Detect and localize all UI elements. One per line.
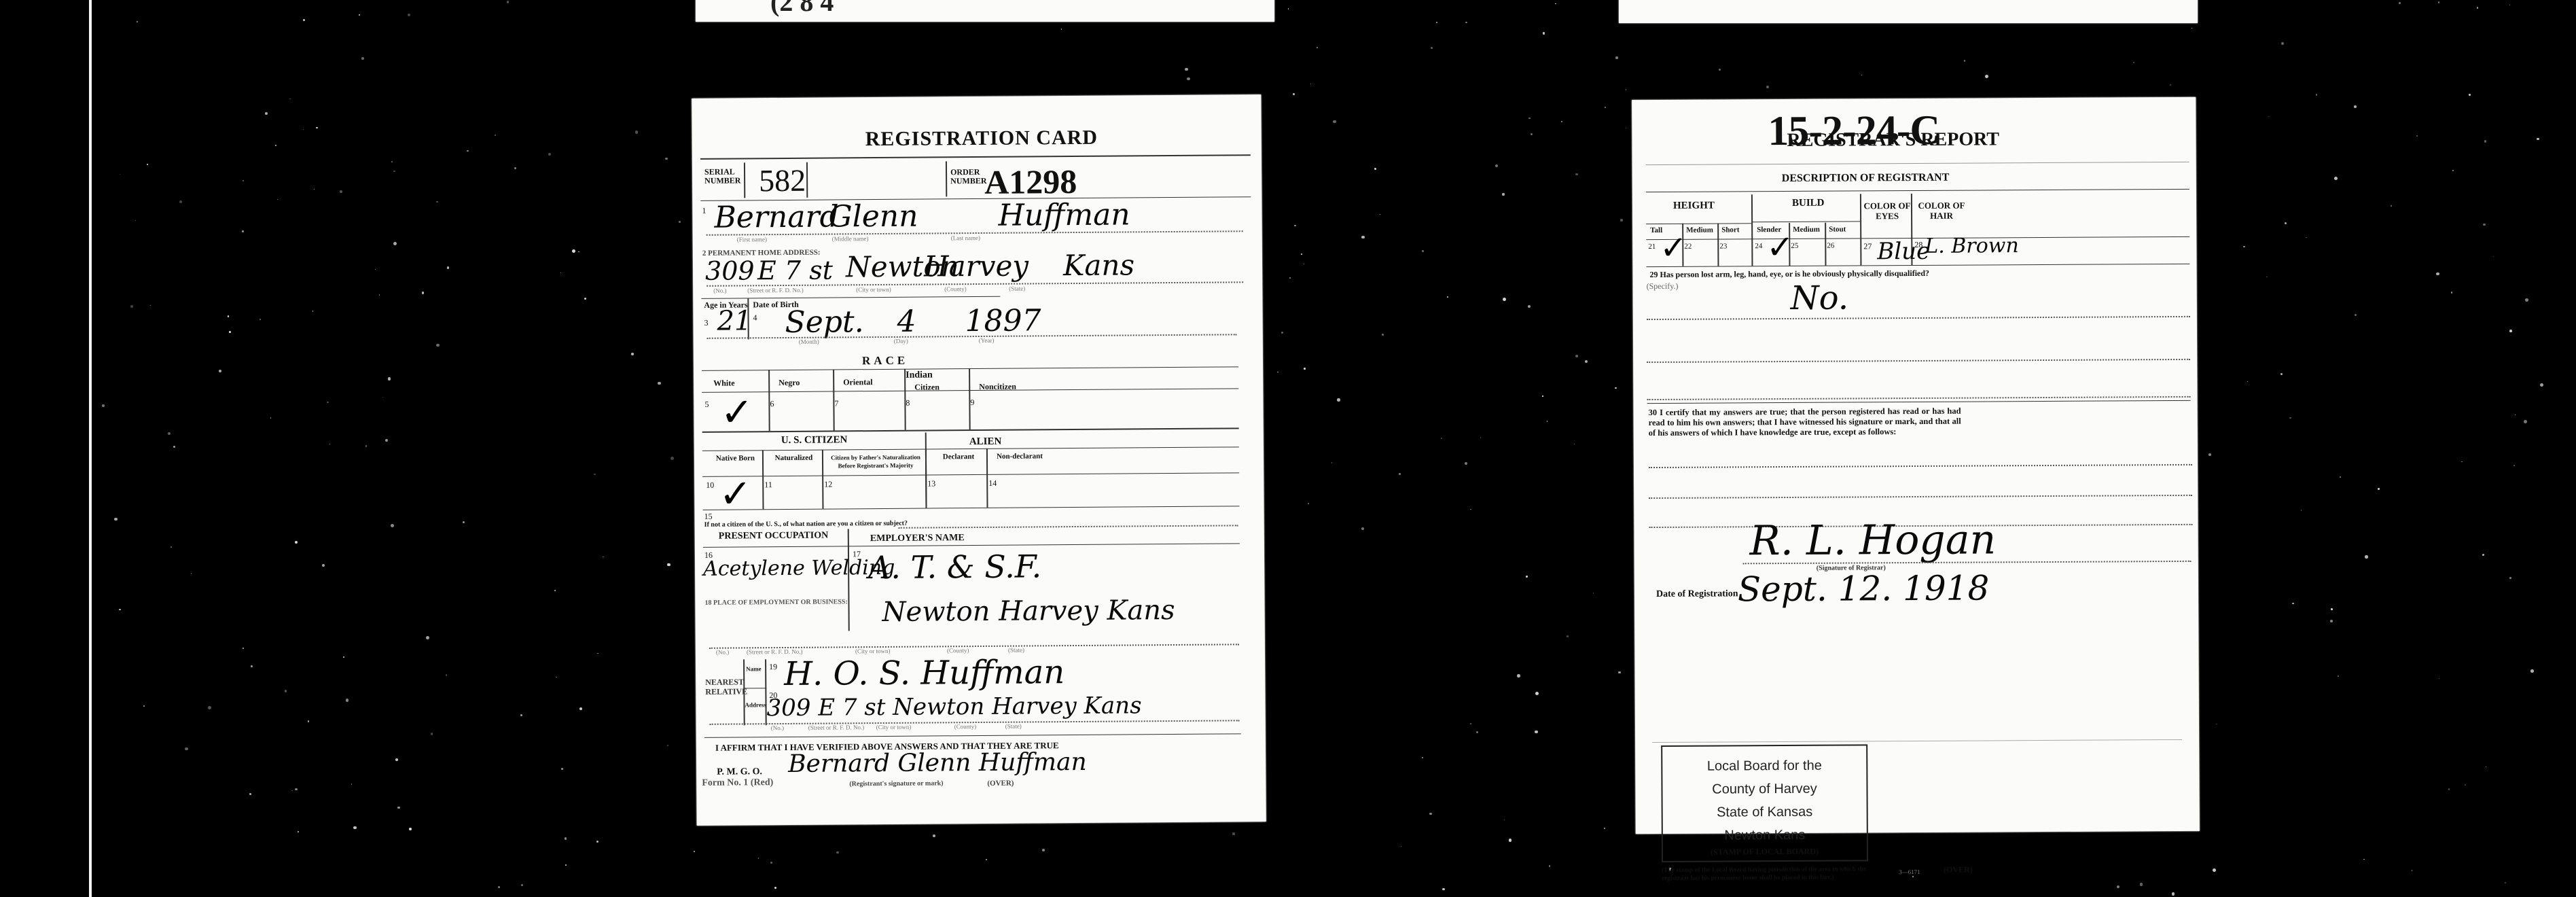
race-label-1: Negro [779,378,800,388]
desc-divider [1682,224,1683,266]
fragment-text: (2 8 4 [770,0,834,18]
citizenship-table: Native Born10✓Naturalized11Citizen by Fa… [692,94,1261,99]
citizen-num-4: 14 [988,478,997,489]
card-title: REGISTRATION CARD [865,126,1098,151]
citizen-num-0: 10 [706,480,714,491]
alien-title: ALIEN [969,436,1002,448]
race-divider [969,368,971,429]
registrant-signature: Bernard Glenn Huffman [788,748,1087,778]
employer-label: EMPLOYER'S NAME [870,533,965,544]
desc-label-4: Medium [1793,226,1820,234]
citizen-num-2: 12 [824,480,832,490]
race-num-0: 5 [704,400,709,410]
film-edge-line [89,0,92,897]
description-table: Tall21✓Medium22Short23Slender24✓Medium25… [1632,97,2196,100]
local-board-stamp: Local Board for the County of Harvey Sta… [1662,754,1867,847]
registrars-report-card: 15-2-24-C REGISTRAR'S REPORT DESCRIPTION… [1632,97,2200,834]
registration-date: Sept. 12. 1918 [1738,568,1990,609]
citizen-divider [822,450,824,509]
employer-value: A. T. & S.F. [868,548,1041,586]
desc-num-3: 24 [1755,242,1762,250]
registration-card: REGISTRATION CARD SERIAL NUMBER 582 ORDE… [692,94,1266,826]
race-divider [768,370,770,431]
address-street: E 7 st [757,255,833,285]
desc-label-2: Short [1721,226,1739,234]
citizen-label-2: Citizen by Father's Naturalization Befor… [825,453,927,470]
q29-specify: (Specify.) [1647,281,1679,292]
relative-address: 309 E 7 st Newton Harvey Kans [766,692,1141,722]
registration-date-label: Date of Registration [1656,588,1738,600]
desc-num-5: 26 [1827,242,1834,250]
stamp-caption: (STAMP OF LOCAL BOARD) [1711,847,1819,858]
hair-value: L. Brown [1925,234,2019,258]
last-name: Huffman [998,197,1130,232]
address-county: Harvey [924,249,1028,283]
desc-label-1: Medium [1686,226,1713,234]
age-value: 21 [717,305,751,336]
over-label: (OVER) [1944,865,1973,875]
dob-day: 4 [897,304,916,339]
dob-year: 1897 [965,303,1041,338]
race-title: RACE [862,354,908,368]
previous-card-fragment-left: (2 8 4 [696,0,1274,22]
race-label-0: White [713,379,734,389]
checkmark-icon: ✓ [720,389,753,435]
relative-address-label: Address [745,701,766,708]
desc-num-4: 25 [1791,242,1798,250]
q30-certification: 30 I certify that my answers are true; t… [1649,406,1961,438]
place-label: 18 PLACE OF EMPLOYMENT OR BUSINESS: [704,598,847,606]
q29-answer: No. [1791,279,1849,317]
relative-name: H. O. S. Huffman [784,653,1065,693]
registrar-signature: R. L. Hogan [1749,516,1996,565]
height-label: HEIGHT [1673,200,1715,212]
us-citizen-title: U. S. CITIZEN [781,434,848,446]
desc-divider [1789,223,1790,266]
citizen-label-3: Declarant [928,453,989,461]
desc-label-5: Stout [1829,226,1846,234]
indian-label: Indian [906,370,933,381]
address-number: 309 [705,256,755,286]
race-label-2: Oriental [843,377,872,387]
race-num-3: 8 [906,398,910,408]
build-label: BUILD [1792,198,1825,209]
desc-num-2: 23 [1719,242,1727,250]
report-title: REGISTRAR'S REPORT [1787,128,1999,152]
serial-number: 582 [759,162,806,198]
order-number: A1298 [984,162,1077,202]
desc-divider [1717,224,1719,266]
eyes-label: COLOR OF EYES [1863,200,1911,221]
local-board-stamp-box: Local Board for the County of Harvey Sta… [1661,744,1868,862]
dob-month: Sept. [785,304,863,340]
order-label: ORDER NUMBER [950,168,984,186]
desc-divider [1825,223,1826,266]
address-state: Kans [1063,248,1134,282]
desc-num-0: 21 [1648,243,1656,251]
form-agency: P. M. G. O. [717,767,762,777]
citizen-label-4: Non-declarant [989,452,1050,461]
nearest-relative-label: NEAREST RELATIVE [705,677,743,696]
relative-name-label: Name [746,665,762,672]
over-label: (OVER) [987,779,1014,788]
signature-caption: (Registrant's signature or mark) [849,779,943,788]
serial-label: SERIAL NUMBER [704,167,740,185]
nationality-question: If not a citizen of the U. S., of what n… [704,520,908,529]
desc-num-1: 22 [1684,243,1692,251]
race-num-2: 7 [834,398,838,408]
race-num-4: 9 [970,398,974,408]
place-value: Newton Harvey Kans [882,595,1175,628]
citizen-num-1: 11 [764,480,772,490]
q29-text: 29 Has person lost arm, leg, hand, eye, … [1649,268,1929,280]
hair-label: COLOR OF HAIR [1918,200,1965,221]
previous-card-fragment-right [1619,0,2198,23]
stamp-note: (The stamp of the Local Board having jur… [1662,865,1872,883]
race-table: White5✓Negro6Oriental7Citizen8Noncitizen… [692,94,1261,99]
citizen-subheader-line [702,472,1239,477]
middle-name: Glenn [828,199,918,234]
race-divider [833,369,835,430]
print-code: 3—6171 [1899,868,1920,875]
first-name: Bernard [714,199,839,234]
description-title: DESCRIPTION OF REGISTRANT [1782,172,1950,185]
citizen-label-1: Naturalized [765,454,823,463]
race-num-1: 6 [770,399,774,409]
occupation-label: PRESENT OCCUPATION [719,531,829,542]
citizen-divider [925,449,927,508]
citizen-label-0: Native Born [706,454,764,463]
occupation-value: Acetylene Welding [703,556,895,581]
form-number: Form No. 1 (Red) [702,777,773,789]
citizen-num-3: 13 [927,478,935,489]
